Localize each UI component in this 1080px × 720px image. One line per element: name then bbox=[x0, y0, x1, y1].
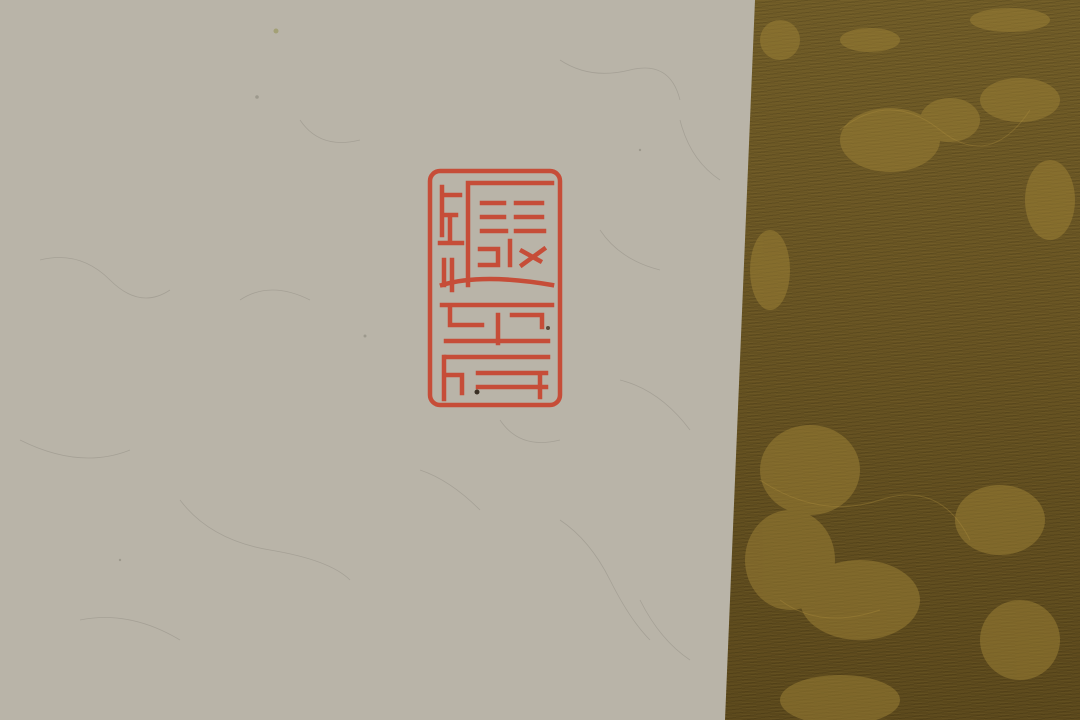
scroll-photo: Red seal stamp on aged paper beside oliv… bbox=[0, 0, 1080, 720]
ink-speck bbox=[546, 326, 550, 330]
brocade-silk-border bbox=[720, 0, 1080, 720]
damask-floral-pattern-icon bbox=[720, 0, 1080, 720]
seal-script-glyph-icon bbox=[422, 165, 568, 410]
red-seal-stamp bbox=[422, 165, 568, 410]
ink-speck bbox=[475, 390, 480, 395]
